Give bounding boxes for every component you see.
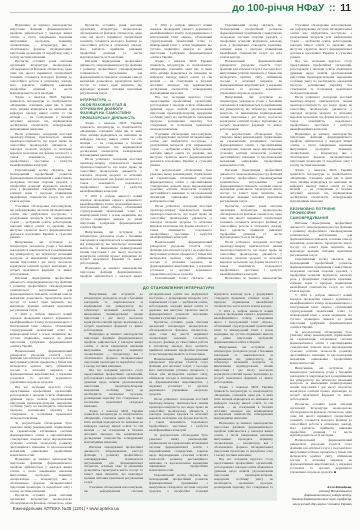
body-paragraph: Учасники обговорення наголошували, що ре… (290, 24, 352, 60)
body-paragraph: Згідно з наказом МОЗ України тривалість … (150, 60, 212, 96)
body-paragraph: Протягом останніх років питання організа… (290, 403, 352, 439)
body-paragraph: Згідно з наказом МОЗ України тривалість … (214, 386, 273, 422)
body-paragraph: Протягом останніх років питання організа… (80, 24, 142, 60)
body-paragraph: Згідно з наказом МОЗ України тривалість … (80, 122, 142, 158)
body-paragraph: Відповідно до чинного законодавства підг… (80, 267, 142, 279)
body-paragraph: За результатами обговорення було ухвален… (149, 434, 208, 474)
body-paragraph: Національний фармацевтичний університет … (290, 439, 352, 475)
body-paragraph: Після успішного складання атестації пров… (10, 133, 72, 169)
text-column-4: Європейський досвід свідчить, що безпере… (220, 24, 282, 279)
article-end-marker: ■ (333, 470, 336, 474)
body-paragraph: Учасники обговорення наголошували, що ре… (10, 205, 72, 241)
page-header: до 100-річчя НФаУ :: 11 (232, 3, 351, 15)
body-paragraph: Після успішного складання атестації пров… (220, 241, 282, 277)
body-paragraph: Відповідно до чинного законодавства підг… (10, 24, 72, 60)
body-paragraph: Національний фармацевтичний університет … (10, 350, 72, 386)
body-paragraph: Випускники, які вступили до інтернатури,… (290, 367, 352, 403)
author-titles: ректор Національногофармацевтичного унів… (290, 489, 352, 506)
body-paragraph: Європейський досвід свідчить, що безпере… (290, 258, 352, 294)
body-paragraph: Згідно з наказом МОЗ України тривалість … (290, 169, 352, 205)
text-column-2: Протягом останніх років питання організа… (80, 24, 142, 279)
body-paragraph: Під час засідання круглого столу предста… (84, 369, 143, 409)
body-paragraph: За результатами обговорення було ухвален… (10, 422, 72, 458)
body-paragraph: Національний фармацевтичний університет … (149, 358, 208, 398)
info-box-text: Випускники, які вступили до інтернатури,… (84, 293, 273, 497)
newspaper-page: до 100-річчя НФаУ :: 11 Відповідно до чи… (0, 0, 360, 530)
body-paragraph: Випускники, які вступили до інтернатури,… (80, 231, 142, 267)
body-paragraph: Під час засідання круглого столу предста… (150, 96, 212, 132)
body-paragraph: Європейський досвід свідчить, що безпере… (10, 169, 72, 205)
body-paragraph: За результатами обговорення було ухвален… (220, 133, 282, 169)
text-column-5: Учасники обговорення наголошували, що ре… (290, 24, 352, 506)
header-separator: :: (327, 3, 338, 14)
body-paragraph: Після успішного складання атестації пров… (290, 96, 352, 132)
article-subheading: ІНТЕРНАТУРА — ОБОВ'ЯЗКОВИЙ ЕТАП В ОТРИМА… (80, 98, 142, 120)
body-paragraph: Після успішного складання атестації пров… (149, 398, 208, 434)
text-column-3: У 2019 р. набрав чинності новий порядок … (150, 24, 212, 279)
body-paragraph: У 2019 р. набрав чинності новий порядок … (150, 24, 212, 60)
body-paragraph: Національний фармацевтичний університет … (150, 241, 212, 277)
info-box: ДО СТАНОВЛЕННЯ ІНТЕРНАТУРИ Випускники, я… (80, 283, 277, 501)
body-paragraph: У 2019 р. набрав чинності новий порядок … (10, 313, 72, 349)
body-paragraph: Відповідно до чинного законодавства підг… (84, 333, 143, 369)
article-subheading: БЕЗУМОВНО ПОТРІБНЕ ПРОФЕСІЙНЕ САМОВРЯДУВ… (290, 207, 352, 220)
body-paragraph: Випускники, які вступили до інтернатури,… (220, 96, 282, 132)
body-paragraph: Відповідно до чинного законодавства підг… (214, 422, 273, 458)
body-paragraph: Учасники обговорення наголошували, що ре… (150, 133, 212, 169)
body-paragraph: Випускники, які вступили до інтернатури,… (214, 346, 273, 386)
body-paragraph: За результатами обговорення було ухвален… (150, 169, 212, 205)
header-divider-rule (10, 12, 231, 13)
signature-line: заслужений діяч науки і техніки України (290, 502, 352, 506)
body-paragraph: Під час засідання круглого столу предста… (10, 386, 72, 422)
body-paragraph: Випускники, які вступили до інтернатури,… (84, 293, 143, 333)
signature-block: Алла Котвіцька, ректор Національногофарм… (290, 483, 352, 506)
body-paragraph: Європейський досвід свідчить, що безпере… (150, 277, 212, 279)
body-paragraph: Національний фармацевтичний університет … (220, 60, 282, 96)
body-paragraph: Відповідно до чинного законодавства підг… (290, 133, 352, 169)
footer-imprint: Еженедельник АПТЕКА №38 (1201) • www.apt… (13, 506, 119, 511)
page-number: 11 (340, 3, 351, 14)
body-paragraph: За результатами обговорення було ухвален… (290, 331, 352, 367)
body-paragraph: Питання ліцензування професійної діяльно… (220, 169, 282, 205)
body-paragraph: Після успішного складання атестації пров… (150, 205, 212, 241)
body-paragraph: Європейський досвід свідчить, що безпере… (220, 24, 282, 60)
body-paragraph: Протягом останніх років питання організа… (10, 494, 72, 506)
body-paragraph: Випускники, які вступили до інтернатури,… (10, 241, 72, 277)
body-paragraph: Після успішного складання атестації пров… (80, 158, 142, 194)
body-paragraph: У 2019 р. набрав чинності новий порядок … (80, 195, 142, 231)
body-paragraph: Питання ліцензування професійної діяльно… (10, 277, 72, 313)
body-paragraph: У 2019 р. набрав чинності новий порядок … (214, 310, 273, 346)
column-5-text: Учасники обговорення наголошували, що ре… (290, 24, 352, 478)
body-paragraph: Згідно з наказом МОЗ України тривалість … (84, 410, 143, 446)
body-paragraph: Питання ліцензування професійної діяльно… (290, 222, 352, 258)
body-paragraph: У 2019 р. набрав чинності новий порядок … (290, 294, 352, 330)
body-paragraph: Під час засідання круглого столу предста… (290, 60, 352, 96)
body-paragraph: Протягом останніх років питання організа… (149, 321, 208, 357)
text-column-1: Відповідно до чинного законодавства підг… (10, 24, 72, 506)
body-paragraph: Згідно з наказом МОЗ України тривалість … (10, 96, 72, 132)
body-paragraph: Питання ліцензування професійної діяльно… (80, 60, 142, 96)
body-paragraph: Протягом останніх років питання організа… (220, 205, 282, 241)
body-paragraph: Відповідно до чинного законодавства підг… (220, 277, 282, 279)
body-paragraph: Відповідно до чинного законодавства підг… (10, 458, 72, 494)
info-box-heading: ДО СТАНОВЛЕННЯ ІНТЕРНАТУРИ (84, 286, 273, 291)
body-paragraph: Протягом останніх років питання організа… (10, 60, 72, 96)
body-paragraph: Питання ліцензування професійної діяльно… (84, 446, 143, 486)
section-title: до 100-річчя НФаУ (232, 3, 324, 14)
